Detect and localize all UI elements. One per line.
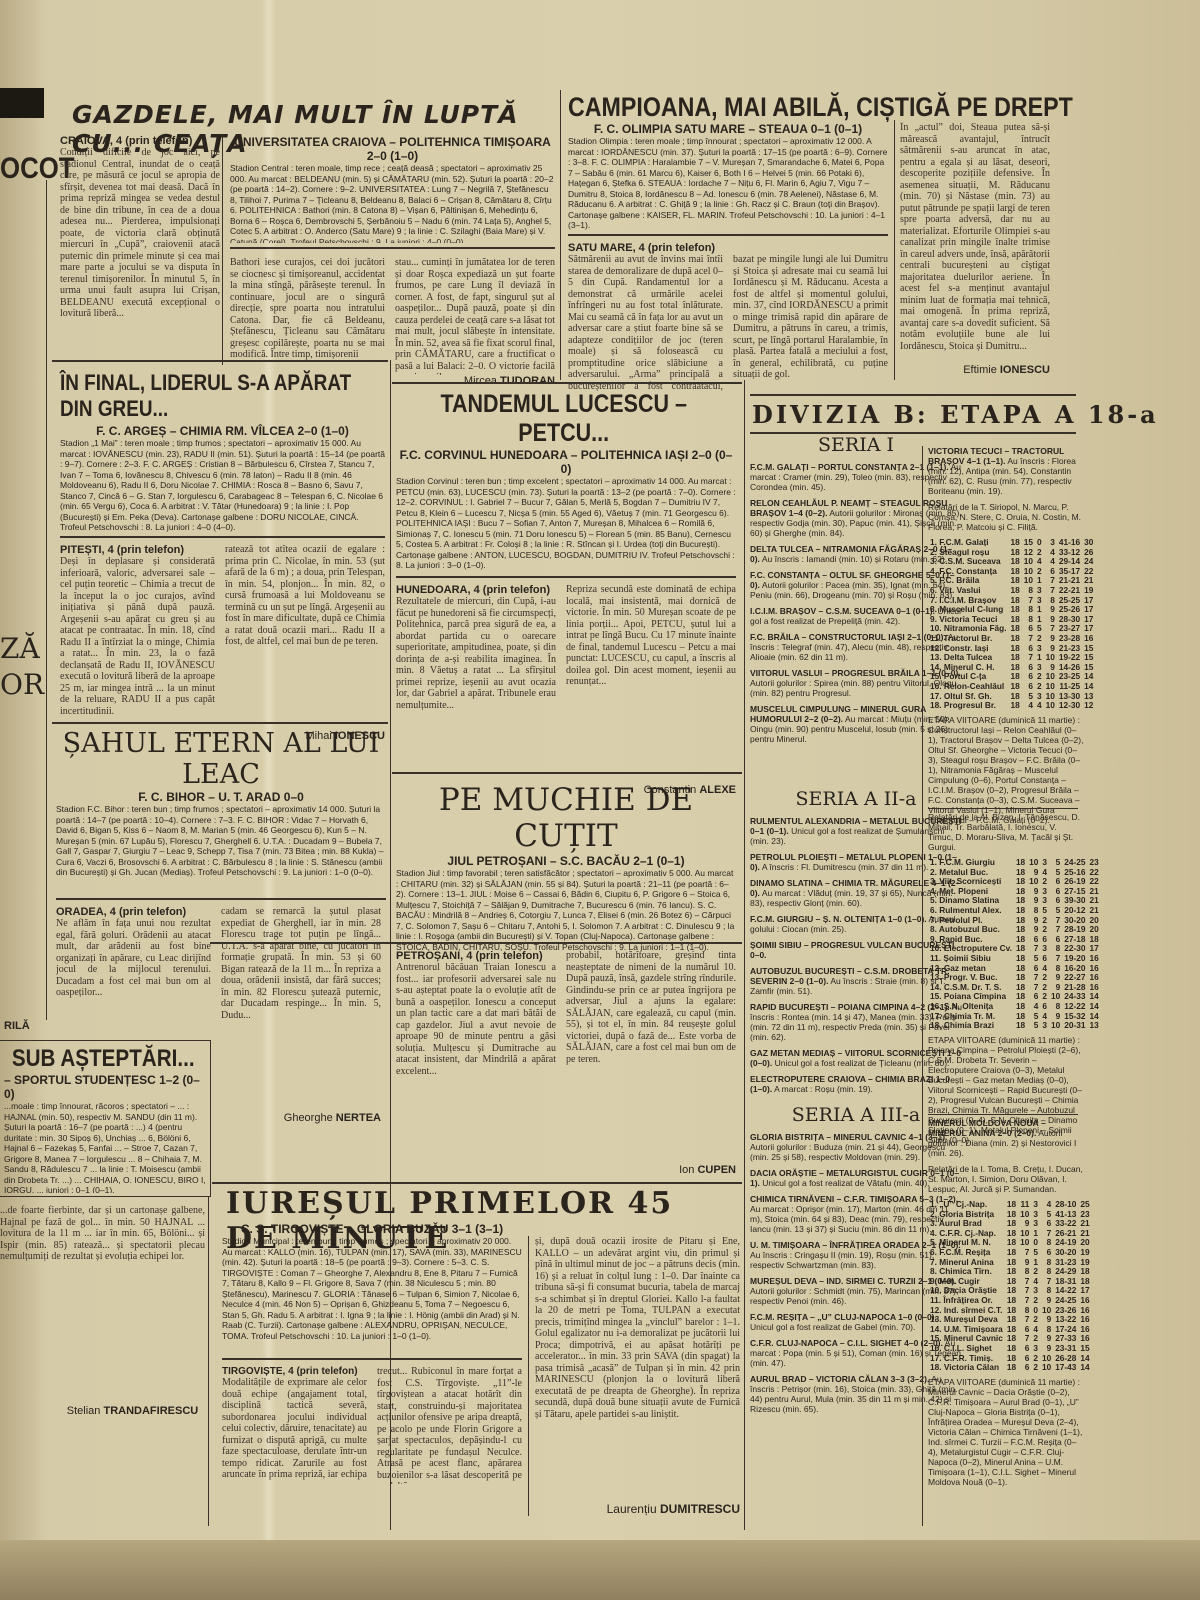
result-item: VICTORIA TECUCI – TRACTORUL BRAȘOV 4–1 (… [928,446,1084,496]
article-body: Rezultatele de miercuri, din Cupă, i-au … [396,596,556,796]
section-logo-fragment [0,88,44,118]
dateline: PITEȘTI, 4 (prin telefon) [60,544,215,556]
byline: Mircea TUDORAN [395,375,555,387]
dateline: ORADEA, 4 (prin telefon) [56,906,211,918]
seria-title: SERIA A II-a [750,788,962,810]
byline: Stelian TRANDAFIRESCU [0,1405,205,1417]
reporters: Relatări de la T. Siriopol, N. Marcu, P.… [928,502,1084,532]
headline: CAMPIOANA, MAI ABILĂ, CIȘTIGĂ PE DREPT [568,92,1187,123]
match-details: Stadion „1 Mai” : teren moale ; timp fru… [60,438,385,532]
article-body-2: cadam se remarcă la șutul plasat expedia… [221,906,381,1112]
column-rule [222,135,223,365]
match-score: F. C. ARGEȘ – CHIMIA RM. VÎLCEA 2–0 (1–0… [60,424,385,438]
page-bottom-edge [0,1540,1200,1600]
match-score: F. C. BIHOR – U. T. ARAD 0–0 [56,790,386,804]
jiul-body: PETROȘANI, 4 (prin telefon) Antrenorul b… [396,950,736,1176]
column-rule [208,1196,209,1526]
article-steaua: CAMPIOANA, MAI ABILĂ, CIȘTIGĂ PE DREPT [568,92,1188,123]
match-details: Stadion Corvinul : teren bun ; timp exce… [396,476,736,572]
divider [568,234,888,236]
match-score: F.C. CORVINUL HUNEDOARA – POLITEHNICA IA… [396,448,736,476]
article-body: Ne aflăm în fața unui nou rezultat egal,… [56,918,211,1038]
divider [750,394,1076,396]
seria-3-standings: 1. „U” Cj.-Nap.18113428-10252. Gloria Bi… [928,1200,1092,1373]
article-jiul: PE MUCHIE DE CUȚIT JIUL PETROȘANI – S.C.… [396,782,736,976]
headline: ȘAHUL ETERN AL LUI LEAC [56,728,386,790]
article-body-2: Repriza secundă este dominată de echipa … [566,584,736,784]
match-score: F. C. OLIMPIA SATU MARE – STEAUA 0–1 (0–… [568,122,888,136]
headline: PE MUCHIE DE CUȚIT [396,782,736,854]
match-details: Stadion F.C. Bihor : teren bun ; timp fr… [56,804,386,894]
dateline: PETROȘANI, 4 (prin telefon) [396,950,556,962]
article-body-2: În „actul” doi, Steaua putea să-și mărea… [900,122,1050,364]
headline: SUB AȘTEPTĂRI... [0,1045,206,1073]
match-score: C. S. TIRGOVIȘTE – GLORIA BUZĂU 3–1 (3–1… [222,1222,522,1236]
dateline: CRAIOVA, 4 (prin telefon) [60,135,220,147]
article-body-3: și, după două ocazii irosite de Pitaru ș… [535,1236,740,1502]
column-rule [894,120,895,380]
divider [52,360,388,362]
byline: Ion CUPEN [566,1164,736,1176]
headline: TANDEMUL LUCESCU – PETCU... [396,390,731,448]
article-body-2: ratează tot atîtea ocazii de egalare : p… [225,544,385,730]
column-rule [744,380,745,1530]
article-body-2: probabil, hotărîtoare, greșind tinta nea… [566,950,736,1164]
column-rule [528,1236,529,1516]
left-edge-headline-2: ZĂ [0,632,40,665]
column-rule [46,180,47,1020]
craiova-box: UNIVERSITATEA CRAIOVA – POLITEHNICA TIMI… [230,135,555,387]
steaua-col-3: În „actul” doi, Steaua putea să-și mărea… [900,122,1050,376]
seria-2-right: Relatări de la Al. Bizon, I. Tănăsescu, … [928,812,1084,1145]
match-score: JIUL PETROȘANI – S.C. BACĂU 2–1 (0–1) [396,854,736,868]
match-details: Stadion Olimpia : teren moale ; timp înn… [568,136,888,232]
divider [56,898,386,900]
byline: Laurențiu DUMITRESCU [535,1502,740,1516]
article-body: Condiții dificile de joc aici, pe stadio… [60,147,220,377]
seria-2-standings: 1. F.C.M. Giurgiu18103524-25232. Metalul… [928,858,1101,1031]
match-details: Stadion Municipal : teren bun ; timp fru… [222,1236,522,1354]
divider [52,722,388,724]
article-body: Antrenorul băcăuan Traian Ionescu a fost… [396,962,556,1162]
article-body-2: Bathori iese curajos, cei doi jucători s… [230,257,385,385]
article-body-3: stau... cuminți în jumătatea lor de tere… [395,257,555,375]
article-sportul: SUB AȘTEPTĂRI... – SPORTUL STUDENȚESC 1–… [0,1040,211,1197]
sportul-body: ...de foarte fierbinte, dar și un carton… [0,1205,205,1417]
article-arges: ÎN FINAL, LIDERUL S-A APĂRAT DIN GREU...… [60,370,385,742]
standings-row: 18. Victoria Călan18621017-4314 [928,1363,1092,1373]
seria-3-right: MINERUL MOLDOVA NOUĂ – MINERUL ANINA 2–0… [928,1118,1084,1487]
divider [212,1182,742,1184]
byline: Eftimie IONESCU [900,364,1050,376]
match-score: UNIVERSITATEA CRAIOVA – POLITEHNICA TIMI… [230,135,555,163]
dateline: TIRGOVIȘTE, 4 (prin telefon) [222,1366,367,1377]
headline: ÎN FINAL, LIDERUL S-A APĂRAT DIN GREU... [60,370,387,422]
divider [210,942,742,944]
reporters: Relatări de la I. Toma, B. Crețu, I. Duc… [928,1164,1084,1194]
seria-1-right: VICTORIA TECUCI – TRACTORUL BRAȘOV 4–1 (… [928,446,1084,825]
left-edge-headline-3: OR [0,668,44,701]
standings-row: 18. Progresul Br.18441012-3012 [928,701,1095,711]
article-body-2: trecut... Rubiconul în mare forțat a fos… [377,1366,522,1484]
craiova-col-1: CRAIOVA, 4 (prin telefon) Condiții dific… [60,135,220,377]
article-corvinul: TANDEMUL LUCESCU – PETCU... F.C. CORVINU… [396,390,736,796]
column-rule [922,446,923,1526]
article-body: ...de foarte fierbinte, dar și un carton… [0,1205,205,1405]
byline: Gheorghe NERTEA [221,1112,381,1124]
article-body: Deși în deplasare și considerată inferio… [60,556,215,742]
match-score: – SPORTUL STUDENȚESC 1–2 (0–0) [0,1073,210,1101]
divider [222,1358,522,1360]
divider [396,576,736,578]
next-round: ETAPA VIITOARE (duminică 11 martie) : Mi… [928,1377,1084,1487]
divider [392,382,742,384]
tirgoviste-box: C. S. TIRGOVIȘTE – GLORIA BUZĂU 3–1 (3–1… [222,1222,522,1484]
divider [60,536,385,538]
tirgoviste-col-3: și, după două ocazii irosite de Pitaru ș… [535,1236,740,1516]
match-details: Stadion Central : teren moale, timp rece… [230,163,555,243]
article-body: Sătmărenii au avut de învins mai întîi s… [568,254,888,392]
left-edge-byline: RILĂ [4,1020,30,1032]
dateline: HUNEDOARA, 4 (prin telefon) [396,584,556,596]
standings-row: 18. Chimia Brazi18531020-3113 [928,1021,1101,1031]
article-body: Modalitățile de exprimare ale celor două… [222,1377,367,1481]
divider [392,772,742,774]
match-details: ...moale : timp înnourat, răcoros ; spec… [0,1101,210,1193]
column-rule [560,90,561,380]
dateline: SATU MARE, 4 (prin telefon) [568,242,718,254]
divider [928,808,1078,809]
divider [928,1114,1078,1115]
result-item: MINERUL MOLDOVA NOUĂ – MINERUL ANINA 2–0… [928,1118,1084,1158]
reporters: Relatări de la Al. Bizon, I. Tănăsescu, … [928,812,1084,852]
steaua-box: F. C. OLIMPIA SATU MARE – STEAUA 0–1 (0–… [568,122,888,392]
divider [230,247,555,249]
divizia-b-headline: DIVIZIA B: ETAPA A 18-a [752,400,1159,429]
seria-1-standings: 1. F.C.M. Galați18150341-16302. Steagul … [928,538,1095,711]
